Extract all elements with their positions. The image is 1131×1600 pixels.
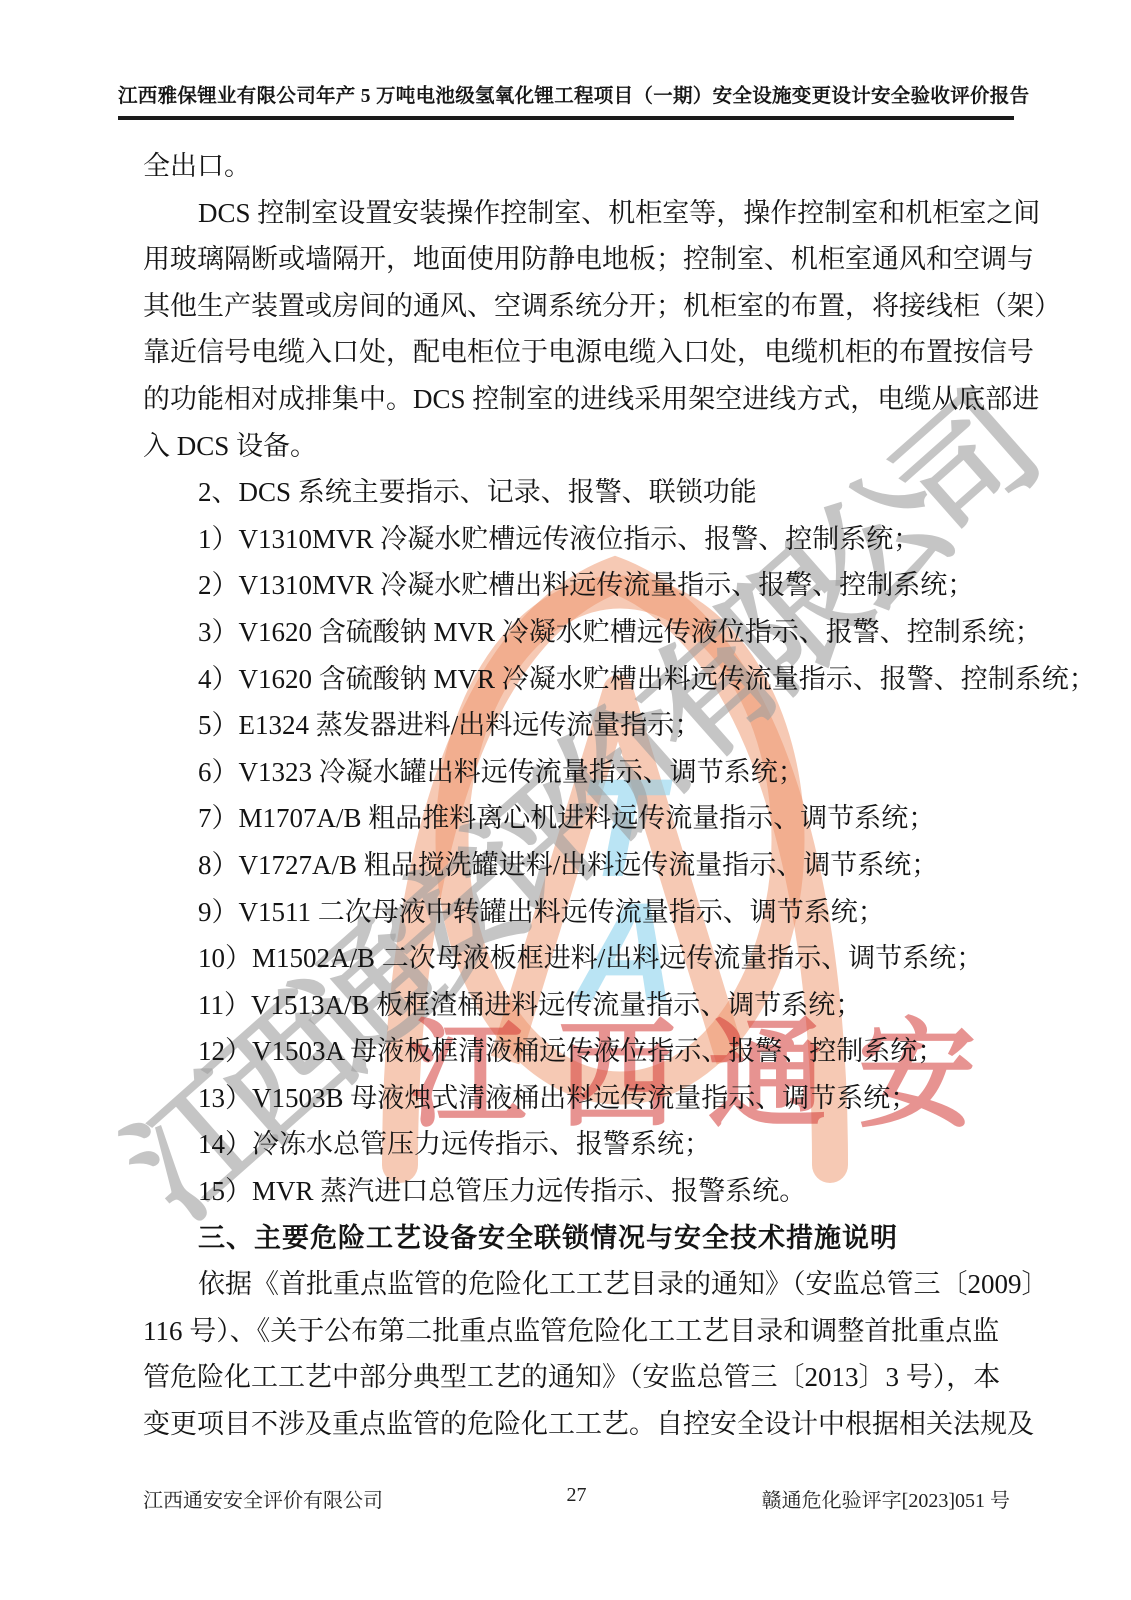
body-line: 依据《首批重点监管的危险化工工艺目录的通知》（安监总管三〔2009〕 (143, 1261, 1015, 1308)
page-footer: 江西通安安全评价有限公司 27 赣通危化验评字[2023]051 号 (143, 1484, 1010, 1513)
body-line: 其他生产装置或房间的通风、空调系统分开；机柜室的布置，将接线柜（架） (143, 283, 1015, 330)
body-line: 11）V1513A/B 板框渣桶进料远传流量指示、调节系统； (143, 982, 1015, 1029)
body-line: 13）V1503B 母液烛式清液桶出料远传流量指示、调节系统； (143, 1075, 1015, 1122)
body-line: 1）V1310MVR 冷凝水贮槽远传液位指示、报警、控制系统； (143, 516, 1015, 563)
body-line: 10）M1502A/B 二次母液板框进料/出料远传流量指示、调节系统； (143, 935, 1015, 982)
body-line: 靠近信号电缆入口处，配电柜位于电源电缆入口处，电缆机柜的布置按信号 (143, 329, 1015, 376)
body-line: 116 号）、《关于公布第二批重点监管危险化工工艺目录和调整首批重点监 (143, 1308, 1015, 1355)
body-line: 3）V1620 含硫酸钠 MVR 冷凝水贮槽远传液位指示、报警、控制系统； (143, 609, 1015, 656)
body-lines: 全出口。DCS 控制室设置安装操作控制室、机柜室等，操作控制室和机柜室之间用玻璃… (143, 143, 1015, 1448)
body-line: 15）MVR 蒸汽进口总管压力远传指示、报警系统。 (143, 1168, 1015, 1215)
body-line: 12）V1503A 母液板框清液桶远传液位指示、报警、控制系统； (143, 1028, 1015, 1075)
body-line: 入 DCS 设备。 (143, 423, 1015, 470)
body-line: 5）E1324 蒸发器进料/出料远传流量指示； (143, 702, 1015, 749)
body-line: 14）冷冻水总管压力远传指示、报警系统； (143, 1121, 1015, 1168)
body-line: 9）V1511 二次母液中转罐出料远传流量指示、调节系统； (143, 889, 1015, 936)
body-line: 6）V1323 冷凝水罐出料远传流量指示、调节系统； (143, 749, 1015, 796)
body-line: 4）V1620 含硫酸钠 MVR 冷凝水贮槽出料远传流量指示、报警、控制系统； (143, 656, 1015, 703)
body-line: 7）M1707A/B 粗品推料离心机进料远传流量指示、调节系统； (143, 795, 1015, 842)
body-line: 2、DCS 系统主要指示、记录、报警、联锁功能 (143, 469, 1015, 516)
body-line: DCS 控制室设置安装操作控制室、机柜室等，操作控制室和机柜室之间 (143, 190, 1015, 237)
body-line: 变更项目不涉及重点监管的危险化工工艺。自控安全设计中根据相关法规及 (143, 1401, 1015, 1448)
body-line: 三、主要危险工艺设备安全联锁情况与安全技术措施说明 (143, 1215, 1015, 1262)
body-line: 全出口。 (143, 143, 1015, 190)
body-line: 8）V1727A/B 粗品搅洗罐进料/出料远传流量指示、调节系统； (143, 842, 1015, 889)
footer-page-number: 27 (143, 1484, 1010, 1507)
body-line: 2）V1310MVR 冷凝水贮槽出料远传流量指示、报警、控制系统； (143, 562, 1015, 609)
body-line: 管危险化工工艺中部分典型工艺的通知》（安监总管三〔2013〕3 号），本 (143, 1354, 1015, 1401)
document-page: T A 江西通安评价有限公司 江西通安 江西雅保锂业有限公司年产 5 万吨电池级… (0, 0, 1131, 1600)
body-line: 用玻璃隔断或墙隔开，地面使用防静电地板；控制室、机柜室通风和空调与 (143, 236, 1015, 283)
body-line: 的功能相对成排集中。DCS 控制室的进线采用架空进线方式，电缆从底部进 (143, 376, 1015, 423)
page-header-title: 江西雅保锂业有限公司年产 5 万吨电池级氢氧化锂工程项目（一期）安全设施变更设计… (118, 80, 1014, 120)
